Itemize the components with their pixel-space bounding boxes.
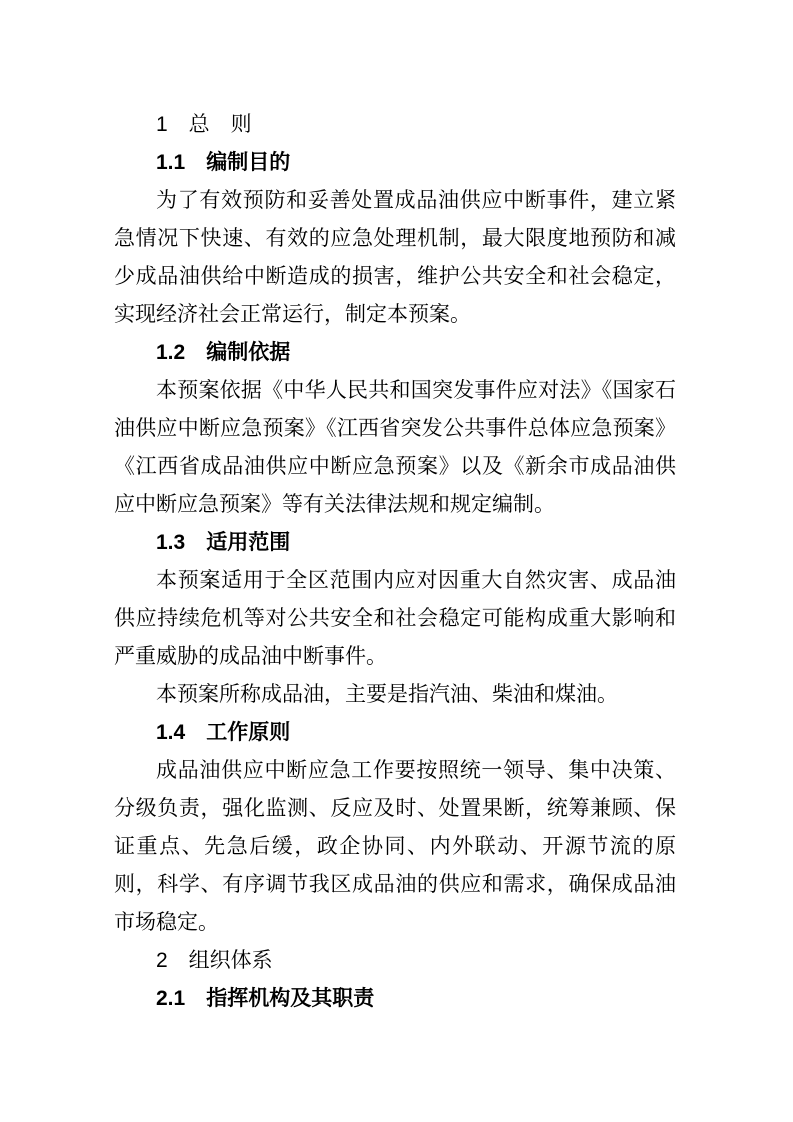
section-1-2-paragraph: 本预案依据《中华人民共和国突发事件应对法》《国家石油供应中断应急预案》《江西省突… [114, 372, 676, 524]
section-1-3-paragraph-1: 本预案适用于全区范围内应对因重大自然灾害、成品油供应持续危机等对公共安全和社会稳… [114, 562, 676, 676]
section-2-1-heading: 2.1 指挥机构及其职责 [114, 980, 676, 1018]
section-1-1-paragraph: 为了有效预防和妥善处置成品油供应中断事件，建立紧急情况下快速、有效的应急处理机制… [114, 182, 676, 334]
section-1-4-heading: 1.4 工作原则 [114, 714, 676, 752]
section-1-3-paragraph-2: 本预案所称成品油，主要是指汽油、柴油和煤油。 [114, 676, 676, 714]
chapter-1-heading: 1 总 则 [114, 106, 676, 144]
section-1-4-paragraph: 成品油供应中断应急工作要按照统一领导、集中决策、分级负责，强化监测、反应及时、处… [114, 752, 676, 942]
document-page: 1 总 则 1.1 编制目的 为了有效预防和妥善处置成品油供应中断事件，建立紧急… [0, 0, 793, 1122]
section-1-1-heading: 1.1 编制目的 [114, 144, 676, 182]
chapter-2-heading: 2 组织体系 [114, 942, 676, 980]
section-1-2-heading: 1.2 编制依据 [114, 334, 676, 372]
section-1-3-heading: 1.3 适用范围 [114, 524, 676, 562]
